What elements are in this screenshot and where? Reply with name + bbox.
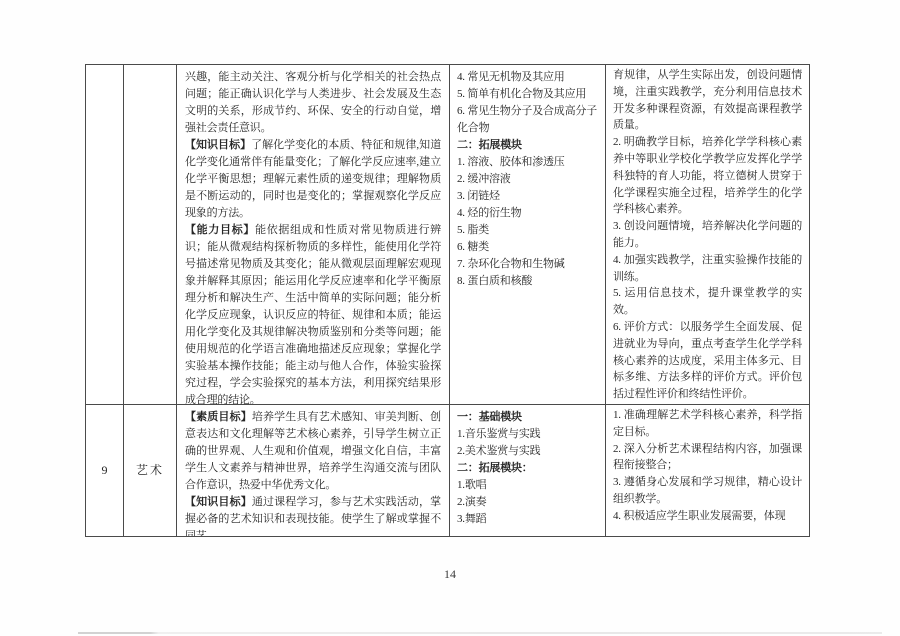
row-index-cell <box>86 65 123 404</box>
text-segment: 4. 加强实践教学，注重实验操作技能的训练。 <box>613 254 802 283</box>
text-segment: 2.演奏 <box>457 496 486 508</box>
paragraph: 2. 缓冲溶液 <box>457 171 598 188</box>
paragraph: 1. 溶液、胶体和渗透压 <box>457 154 598 171</box>
paragraph: 一：基础模块 <box>457 409 598 426</box>
paragraph: 3. 遵循身心发展和学习规律，精心设计组织教学。 <box>613 474 802 508</box>
row-index-cell: 9 <box>86 405 123 536</box>
text-segment: 2. 明确教学目标，培养化学学科核心素养中等职业学校化学教学应发挥化学学科独特的… <box>613 136 802 215</box>
text-segment: 艺术 <box>136 463 164 477</box>
paragraph: 4. 积极适应学生职业发展需要，体现 <box>613 508 802 525</box>
text-segment: 7. 杂环化合物和生物碱 <box>457 258 565 270</box>
paragraph: 5. 脂类 <box>457 222 598 239</box>
paragraph: 5. 运用信息技术，提升课堂教学的实效。 <box>613 285 802 319</box>
curriculum-table: 兴趣，能主动关注、客观分析与化学相关的社会热点问题；能正确认识化学与人类进步、社… <box>85 64 810 537</box>
paragraph: 二：拓展模块： <box>457 460 598 477</box>
text-segment: 4. 烃的衍生物 <box>457 207 521 219</box>
bold-label: 【知识目标】 <box>185 496 252 508</box>
text-segment: 能依据组成和性质对常见物质进行辨识；能从微观结构探析物质的多样性，能使用化学符号… <box>185 224 441 404</box>
suggestions-cell: 1. 准确理解艺术学科核心素养，科学指定目标。2. 深入分析艺术课程结构内容，加… <box>605 405 809 536</box>
paragraph: 2.演奏 <box>457 494 598 511</box>
suggestions-cell: 育规律，从学生实际出发，创设问题情境，注重实践教学，充分利用信息技术开发多种课程… <box>605 65 809 404</box>
paragraph: 【知识目标】了解化学变化的本质、特征和规律,知道化学变化通常伴有能量变化；了解化… <box>185 137 441 222</box>
paragraph: 5. 简单有机化合物及其应用 <box>457 86 598 103</box>
paragraph: 6. 评价方式：以服务学生全面发展、促进就业为导向，重点考查学生化学学科核心素养… <box>613 319 802 403</box>
paragraph: 4. 烃的衍生物 <box>457 205 598 222</box>
paragraph: 2. 明确教学目标，培养化学学科核心素养中等职业学校化学教学应发挥化学学科独特的… <box>613 134 802 218</box>
text-segment: 6. 常见生物分子及合成高分子化合物 <box>457 105 597 134</box>
bold-label: 【能力目标】 <box>185 224 255 236</box>
paragraph: 2.美术鉴赏与实践 <box>457 443 598 460</box>
text-segment: 了解化学变化的本质、特征和规律,知道化学变化通常伴有能量变化；了解化学反应速率,… <box>185 139 441 219</box>
paragraph: 【素质目标】培养学生具有艺术感知、审美判断、创意表达和文化理解等艺术核心素养，引… <box>185 409 441 494</box>
text-segment: 3. 创设问题情境，培养解决化学问题的能力。 <box>613 220 802 249</box>
text-segment: 2.美术鉴赏与实践 <box>457 445 540 457</box>
text-segment: 兴趣，能主动关注、客观分析与化学相关的社会热点问题；能正确认识化学与人类进步、社… <box>185 71 441 134</box>
paragraph: 3. 闭链烃 <box>457 188 598 205</box>
bold-label: 一：基础模块 <box>457 411 522 423</box>
text-segment: 2. 缓冲溶液 <box>457 173 511 185</box>
paragraph: 3.舞蹈 <box>457 511 598 528</box>
paragraph: 二：拓展模块 <box>457 137 598 154</box>
text-segment: 3.舞蹈 <box>457 513 486 525</box>
text-segment: 1.歌唱 <box>457 479 486 491</box>
paragraph: 4. 常见无机物及其应用 <box>457 69 598 86</box>
table-row: 兴趣，能主动关注、客观分析与化学相关的社会热点问题；能正确认识化学与人类进步、社… <box>86 65 809 404</box>
text-segment: 4. 常见无机物及其应用 <box>457 71 565 83</box>
text-segment: 5. 脂类 <box>457 224 489 236</box>
bold-label: 二：拓展模块： <box>457 462 533 474</box>
paragraph: 4. 加强实践教学，注重实验操作技能的训练。 <box>613 252 802 286</box>
paragraph: 9 <box>102 462 108 479</box>
text-segment: 3. 闭链烃 <box>457 190 500 202</box>
paragraph: 2. 深入分析艺术课程结构内容，加强课程衔接整合； <box>613 441 802 475</box>
text-segment: 1. 溶液、胶体和渗透压 <box>457 156 565 168</box>
text-segment: 培养学生具有艺术感知、审美判断、创意表达和文化理解等艺术核心素养，引导学生树立正… <box>185 411 441 491</box>
text-segment: 2. 深入分析艺术课程结构内容，加强课程衔接整合； <box>613 443 802 472</box>
goals-cell: 【素质目标】培养学生具有艺术感知、审美判断、创意表达和文化理解等艺术核心素养，引… <box>176 405 449 536</box>
paragraph: 育规律，从学生实际出发，创设问题情境，注重实践教学，充分利用信息技术开发多种课程… <box>613 67 802 134</box>
text-segment: 9 <box>102 463 108 477</box>
text-segment: 6. 评价方式：以服务学生全面发展、促进就业为导向，重点考查学生化学学科核心素养… <box>613 321 802 400</box>
next-page-edge <box>78 632 882 634</box>
subject-cell: 艺术 <box>123 405 176 536</box>
paragraph: 8. 蛋白质和核酸 <box>457 273 598 290</box>
modules-cell: 一：基础模块1.音乐鉴赏与实践2.美术鉴赏与实践二：拓展模块：1.歌唱2.演奏3… <box>449 405 605 536</box>
bold-label: 【知识目标】 <box>185 139 251 151</box>
document-page: 兴趣，能主动关注、客观分析与化学相关的社会热点问题；能正确认识化学与人类进步、社… <box>0 0 900 636</box>
paragraph: 6. 糖类 <box>457 239 598 256</box>
page-number: 14 <box>0 567 900 582</box>
bold-label: 二：拓展模块 <box>457 139 522 151</box>
paragraph: 6. 常见生物分子及合成高分子化合物 <box>457 103 598 137</box>
paragraph: 【知识目标】通过课程学习，参与艺术实践活动，掌握必备的艺术知识和表现技能。使学生… <box>185 494 441 536</box>
text-segment: 1.音乐鉴赏与实践 <box>457 428 540 440</box>
text-segment: 4. 积极适应学生职业发展需要，体现 <box>613 510 785 522</box>
text-segment: 6. 糖类 <box>457 241 489 253</box>
text-segment: 8. 蛋白质和核酸 <box>457 275 532 287</box>
text-segment: 5. 运用信息技术，提升课堂教学的实效。 <box>613 287 802 316</box>
goals-cell: 兴趣，能主动关注、客观分析与化学相关的社会热点问题；能正确认识化学与人类进步、社… <box>176 65 449 404</box>
paragraph: 1.音乐鉴赏与实践 <box>457 426 598 443</box>
paragraph: 1. 准确理解艺术学科核心素养，科学指定目标。 <box>613 407 802 441</box>
modules-cell: 4. 常见无机物及其应用5. 简单有机化合物及其应用6. 常见生物分子及合成高分… <box>449 65 605 404</box>
paragraph: 【能力目标】能依据组成和性质对常见物质进行辨识；能从微观结构探析物质的多样性，能… <box>185 222 441 404</box>
paragraph: 1.歌唱 <box>457 477 598 494</box>
paragraph: 兴趣，能主动关注、客观分析与化学相关的社会热点问题；能正确认识化学与人类进步、社… <box>185 69 441 137</box>
bold-label: 【素质目标】 <box>185 411 252 423</box>
text-segment: 3. 遵循身心发展和学习规律，精心设计组织教学。 <box>613 476 802 505</box>
table-row: 9艺术【素质目标】培养学生具有艺术感知、审美判断、创意表达和文化理解等艺术核心素… <box>86 404 809 536</box>
subject-cell <box>123 65 176 404</box>
text-segment: 5. 简单有机化合物及其应用 <box>457 88 586 100</box>
paragraph: 7. 杂环化合物和生物碱 <box>457 256 598 273</box>
text-segment: 育规律，从学生实际出发，创设问题情境，注重实践教学，充分利用信息技术开发多种课程… <box>613 69 802 131</box>
text-segment: 1. 准确理解艺术学科核心素养，科学指定目标。 <box>613 409 802 438</box>
paragraph: 艺术 <box>136 462 164 479</box>
paragraph: 3. 创设问题情境，培养解决化学问题的能力。 <box>613 218 802 252</box>
